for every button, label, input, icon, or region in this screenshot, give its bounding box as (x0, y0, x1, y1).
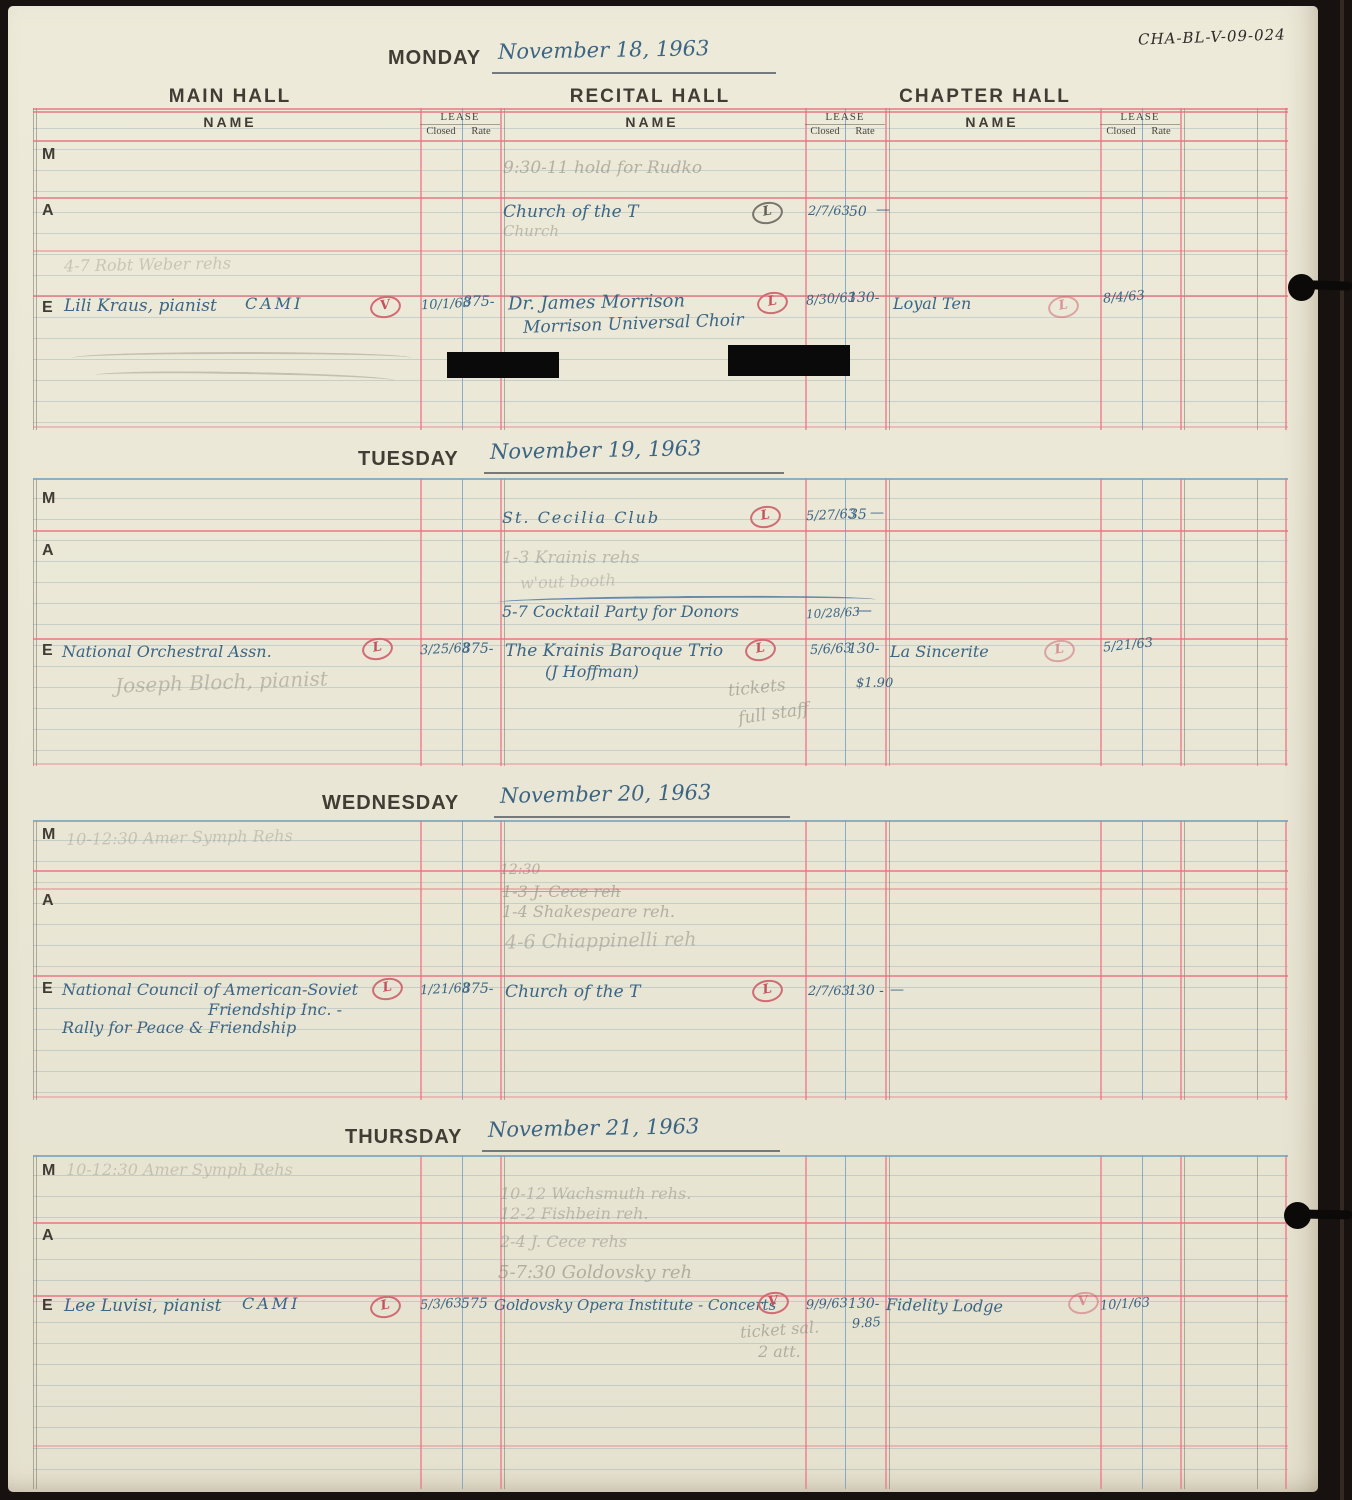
row-label-afternoon: A (42, 202, 54, 220)
row-divider (33, 530, 1288, 532)
column-divider (1100, 478, 1102, 766)
booking-note: 1-3 Krainis rehs (502, 548, 640, 568)
lease-header-chapter: LEASE (1100, 111, 1180, 123)
hole-punch-shadow (1304, 1210, 1352, 1220)
lease-rate: 875- (462, 981, 493, 997)
row-label-afternoon: A (42, 1227, 54, 1245)
booking-note: w'out booth (520, 570, 616, 592)
booking-note: 2 att. (758, 1342, 801, 1361)
closed-header-chapter: Closed (1100, 126, 1142, 137)
column-divider (1100, 1155, 1102, 1489)
booking-name: Church of the T (503, 202, 638, 222)
rate-header-main: Rate (462, 126, 500, 137)
closed-header-recital: Closed (805, 126, 845, 137)
day-table-thursday (33, 1155, 1288, 1489)
column-divider (1184, 820, 1185, 1100)
lease-closed-date: 10/28/63 (806, 605, 861, 622)
lease-closed-date: 2/7/63 (808, 984, 850, 999)
column-divider (420, 1155, 422, 1489)
column-divider (889, 108, 890, 430)
column-divider (462, 820, 463, 1100)
booking-name: St. Cecilia Club (502, 508, 660, 527)
table-edge-line (36, 820, 37, 1100)
column-divider (885, 108, 887, 430)
hall-title-main: MAIN HALL (130, 86, 330, 108)
adjacent-page-edge (1340, 0, 1344, 1500)
ledger-scan: CHA-BL-V-09-024 MONDAY November 18, 1963… (0, 0, 1352, 1500)
row-label-evening: E (42, 299, 53, 317)
column-divider (504, 108, 505, 430)
table-edge-line (33, 820, 34, 1100)
booking-name: National Orchestral Assn. (62, 642, 272, 661)
column-divider (1285, 108, 1287, 430)
row-label-evening: E (42, 1297, 53, 1315)
booking-name: Loyal Ten (893, 294, 971, 313)
booking-note: 4-6 Chiappinelli reh (505, 928, 697, 953)
booking-note: 12:30 (500, 862, 540, 878)
rate-header-chapter: Rate (1142, 126, 1180, 137)
day-label-wednesday: WEDNESDAY (322, 792, 459, 815)
column-divider (1184, 108, 1185, 430)
date-underline (484, 472, 784, 474)
column-divider (845, 820, 846, 1100)
booking-note: 10-12 Wachsmuth rehs. (500, 1184, 691, 1203)
booking-name: Lee Luvisi, pianist (64, 1296, 221, 1316)
row-divider (33, 478, 1288, 480)
column-divider (1142, 1155, 1143, 1489)
redaction-bar (728, 345, 850, 376)
hole-punch-shadow (1308, 280, 1352, 291)
column-divider (462, 108, 463, 430)
column-divider (1285, 820, 1287, 1100)
booking-note: 10-12:30 Amer Symph Rehs (66, 826, 293, 849)
column-divider (1180, 820, 1182, 1100)
dash-mark: — (890, 982, 904, 998)
table-edge-line (33, 478, 34, 766)
booking-agency: CAMI (245, 294, 304, 313)
booking-name: La Sincerite (890, 642, 989, 661)
date-underline (482, 1150, 780, 1152)
day-date-thursday: November 21, 1963 (488, 1114, 700, 1142)
name-column-header-recital: NAME (552, 114, 752, 130)
row-divider (33, 140, 1288, 142)
column-divider (889, 820, 890, 1100)
booking-name: The Krainis Baroque Trio (505, 641, 723, 661)
column-divider (845, 1155, 846, 1489)
column-divider (420, 820, 422, 1100)
column-divider (1184, 1155, 1185, 1489)
column-divider (1142, 478, 1143, 766)
lease-rate: 875- (463, 294, 494, 310)
lease-rate: 130 - (848, 983, 884, 999)
booking-name: 5-7 Cocktail Party for Donors (502, 602, 739, 621)
column-divider (1257, 820, 1258, 1100)
column-divider (1257, 108, 1258, 430)
lease-rate: 130- (848, 290, 879, 306)
booking-note: 2-4 J. Cece rehs (500, 1232, 627, 1251)
column-divider (1184, 478, 1185, 766)
booking-name: Rally for Peace & Friendship (62, 1018, 296, 1037)
lease-rate-extra: 9.85 (852, 1315, 882, 1332)
column-divider (1180, 108, 1182, 430)
column-divider (462, 1155, 463, 1489)
row-label-afternoon: A (42, 542, 54, 560)
lease-rate: 130- (848, 641, 879, 657)
day-label-tuesday: TUESDAY (358, 448, 459, 471)
rate-header-recital: Rate (845, 126, 885, 137)
dash-mark: — (876, 202, 890, 218)
day-table-tuesday (33, 478, 1288, 766)
booking-name: Church of the T (505, 982, 640, 1002)
pencil-scribble (72, 352, 412, 364)
lease-rate: 130- (848, 1296, 879, 1312)
row-label-evening: E (42, 980, 53, 998)
row-divider (33, 1445, 1288, 1447)
booking-note: 12-2 Fishbein reh. (500, 1204, 649, 1223)
day-date-monday: November 18, 1963 (498, 36, 710, 64)
row-divider (33, 197, 1288, 199)
column-divider (1142, 108, 1143, 430)
column-divider (885, 478, 887, 766)
row-label-morning: M (42, 1162, 55, 1180)
name-column-header-chapter: NAME (892, 114, 1092, 130)
table-edge-line (36, 108, 37, 430)
column-divider (885, 1155, 887, 1489)
closed-header-main: Closed (420, 126, 462, 137)
lease-header-divider (420, 124, 500, 125)
row-divider (33, 888, 1288, 890)
column-divider (1100, 820, 1102, 1100)
booking-name: National Council of American-Soviet (62, 980, 358, 999)
column-divider (1285, 1155, 1287, 1489)
column-divider (889, 1155, 890, 1489)
booking-name: Goldovsky Opera Institute - Concerts (494, 1296, 776, 1314)
lease-rate: 875- (462, 641, 493, 657)
row-divider (33, 870, 1288, 872)
day-date-tuesday: November 19, 1963 (490, 436, 702, 464)
row-divider (33, 1222, 1288, 1224)
booking-note: Church (503, 222, 559, 240)
column-divider (805, 108, 807, 430)
column-divider (1257, 478, 1258, 766)
lease-header-recital: LEASE (805, 111, 885, 123)
table-edge-line (33, 1155, 34, 1489)
row-divider (33, 1096, 1288, 1098)
row-divider (33, 820, 1288, 822)
column-divider (889, 478, 890, 766)
lease-header-divider (1100, 124, 1180, 125)
column-divider (1142, 820, 1143, 1100)
table-edge-line (36, 478, 37, 766)
day-date-wednesday: November 20, 1963 (500, 780, 712, 808)
column-divider (1285, 478, 1287, 766)
day-label-monday: MONDAY (388, 47, 481, 70)
row-divider (33, 1155, 1288, 1157)
day-label-thursday: THURSDAY (345, 1126, 462, 1149)
column-divider (1100, 108, 1102, 430)
row-label-morning: M (42, 490, 55, 508)
column-divider (420, 108, 422, 430)
booking-name: Fidelity Lodge (886, 1295, 1003, 1316)
column-divider (845, 108, 846, 430)
column-divider (1257, 1155, 1258, 1489)
column-divider (885, 820, 887, 1100)
lease-closed-date: 5/6/63 (810, 641, 853, 658)
booking-note: 9:30-11 hold for Rudko (503, 158, 702, 178)
date-underline (494, 816, 790, 818)
name-column-header-main: NAME (130, 114, 330, 130)
day-table-wednesday (33, 820, 1288, 1100)
lease-rate: 50 (849, 204, 867, 220)
booking-note: 1-4 Shakespeare reh. (502, 902, 675, 921)
column-divider (1180, 478, 1182, 766)
row-label-morning: M (42, 146, 55, 164)
column-divider (462, 478, 463, 766)
booking-name: Friendship Inc. - (208, 1000, 342, 1019)
lease-header-main: LEASE (420, 111, 500, 123)
row-divider (33, 426, 1288, 428)
booking-agency: CAMI (242, 1294, 301, 1313)
row-divider (33, 638, 1288, 640)
booking-note: 5-7:30 Goldovsky reh (498, 1262, 692, 1283)
table-edge-line (36, 1155, 37, 1489)
date-underline (492, 72, 776, 74)
lease-closed-date: 5/3/63 (420, 1296, 463, 1313)
column-divider (805, 820, 807, 1100)
column-divider (420, 478, 422, 766)
booking-note: 1-3 J. Cece reh (502, 882, 621, 901)
row-divider (33, 108, 1288, 110)
booking-name: Dr. James Morrison (508, 290, 685, 314)
booking-note: 10-12:30 Amer Symph Rehs (66, 1160, 293, 1179)
column-divider (1180, 1155, 1182, 1489)
hall-title-chapter: CHAPTER HALL (870, 86, 1100, 108)
row-divider (33, 763, 1288, 765)
ticket-price: $1.90 (856, 676, 893, 691)
row-divider (33, 975, 1288, 977)
table-edge-line (33, 108, 34, 430)
redaction-bar (447, 352, 559, 378)
row-label-morning: M (42, 826, 55, 844)
dash-mark: — (856, 600, 872, 619)
lease-closed-date: 2/7/63 (808, 204, 850, 219)
booking-name: (J Hoffman) (545, 662, 639, 681)
row-label-evening: E (42, 642, 53, 660)
row-label-afternoon: A (42, 892, 54, 910)
dash-mark: — (870, 505, 884, 521)
booking-name: Lili Kraus, pianist (64, 296, 217, 316)
lease-closed-date: 9/9/63 (806, 1296, 849, 1313)
row-divider (33, 250, 1288, 252)
hall-title-recital: RECITAL HALL (540, 86, 760, 108)
column-divider (500, 108, 502, 430)
booking-note: 4-7 Robt Weber rehs (64, 254, 231, 276)
lease-rate: 35 (849, 507, 867, 523)
lease-rate: 575 (461, 1296, 488, 1312)
lease-header-divider (805, 124, 885, 125)
